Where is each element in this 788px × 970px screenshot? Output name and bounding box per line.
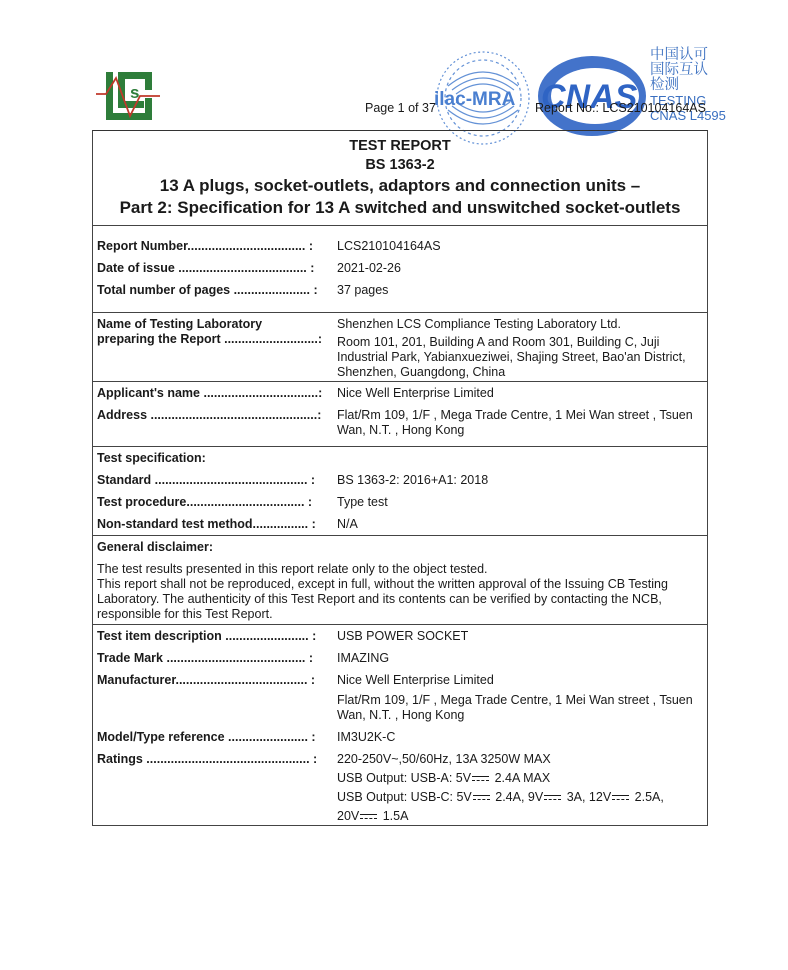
field-value: IM3U2K-C: [335, 730, 707, 745]
rating-text: 2.5A,: [631, 790, 664, 804]
applicant-name-row: Applicant's name .......................…: [93, 386, 707, 401]
report-title: TEST REPORT BS 1363-2 13 A plugs, socket…: [93, 138, 707, 225]
item-row: Ratings ................................…: [93, 752, 707, 826]
lab-value: Shenzhen LCS Compliance Testing Laborato…: [335, 317, 707, 380]
item-row: Trade Mark .............................…: [93, 651, 707, 666]
summary-row: Report Number...........................…: [93, 239, 707, 254]
lcs-logo: s: [96, 70, 160, 122]
applicant-section: Applicant's name .......................…: [93, 382, 707, 446]
field-value: BS 1363-2: 2016+A1: 2018: [335, 473, 707, 488]
item-row: Model/Type reference ...................…: [93, 730, 707, 745]
rating-text: USB Output: USB-A: 5V: [337, 771, 471, 785]
rating-text: 20V: [337, 809, 359, 823]
manufacturer-name: Nice Well Enterprise Limited: [337, 673, 701, 688]
field-label: Non-standard test method................…: [93, 517, 335, 532]
rating-text: 2.4A, 9V: [492, 790, 543, 804]
field-label: Applicant's name .......................…: [93, 386, 335, 401]
field-value: IMAZING: [335, 651, 707, 666]
disclaimer-text: This report shall not be reproduced, exc…: [93, 577, 707, 622]
summary-section: Report Number...........................…: [93, 226, 707, 312]
field-value: USB POWER SOCKET: [335, 629, 707, 644]
dc-symbol-icon: [544, 795, 561, 801]
dc-symbol-icon: [612, 795, 629, 801]
ratings-value: 220-250V~,50/60Hz, 13A 3250W MAX USB Out…: [335, 750, 707, 826]
title-line: 13 A plugs, socket-outlets, adaptors and…: [93, 176, 707, 196]
field-value: 2021-02-26: [335, 261, 707, 276]
dc-symbol-icon: [472, 776, 489, 782]
field-value: 37 pages: [335, 283, 707, 298]
ratings-usb-c: USB Output: USB-C: 5V 2.4A, 9V 3A, 12V 2…: [337, 788, 701, 826]
field-label: Standard ...............................…: [93, 473, 335, 488]
cnas-cn-line: 国际互认: [650, 63, 726, 78]
test-spec-row: Non-standard test method................…: [93, 517, 707, 532]
lab-row: Name of Testing Laboratory preparing the…: [93, 317, 707, 380]
lab-name: Shenzhen LCS Compliance Testing Laborato…: [337, 317, 701, 332]
field-label: Manufacturer............................…: [93, 673, 335, 723]
item-row: Manufacturer............................…: [93, 673, 707, 723]
rating-text: 2.4A MAX: [491, 771, 550, 785]
ratings-usb-a: USB Output: USB-A: 5V 2.4A MAX: [337, 769, 701, 788]
rating-text: 3A, 12V: [563, 790, 611, 804]
field-label: Address ................................…: [93, 408, 335, 438]
field-label: Ratings ................................…: [93, 752, 335, 826]
field-value: Nice Well Enterprise Limited: [335, 386, 707, 401]
test-spec-section: Test specification: Standard ...........…: [93, 447, 707, 535]
field-label: Test procedure..........................…: [93, 495, 335, 510]
section-heading: Test specification:: [93, 451, 335, 466]
rating-text: USB Output: USB-C: 5V: [337, 790, 472, 804]
ratings-ac: 220-250V~,50/60Hz, 13A 3250W MAX: [337, 750, 701, 769]
item-section: Test item description ..................…: [93, 625, 707, 826]
lab-label: Name of Testing Laboratory preparing the…: [93, 317, 335, 380]
report-number-header: Report No.: LCS210104164AS: [535, 101, 706, 115]
report-frame: TEST REPORT BS 1363-2 13 A plugs, socket…: [92, 130, 708, 826]
field-label: Test item description ..................…: [93, 629, 335, 644]
test-spec-row: Test procedure..........................…: [93, 495, 707, 510]
field-value: Type test: [335, 495, 707, 510]
test-spec-row: Standard ...............................…: [93, 473, 707, 488]
dc-symbol-icon: [473, 795, 490, 801]
applicant-address-row: Address ................................…: [93, 408, 707, 438]
field-value: N/A: [335, 517, 707, 532]
summary-row: Total number of pages ..................…: [93, 283, 707, 298]
cnas-cn-line: 中国认可: [650, 48, 726, 63]
dc-symbol-icon: [360, 814, 377, 820]
lab-label-line: preparing the Report ...................…: [97, 332, 335, 347]
field-label: Model/Type reference ...................…: [93, 730, 335, 745]
summary-row: Date of issue ..........................…: [93, 261, 707, 276]
lab-address: Room 101, 201, Building A and Room 301, …: [337, 335, 701, 380]
test-spec-heading-row: Test specification:: [93, 451, 707, 466]
field-value: Nice Well Enterprise Limited Flat/Rm 109…: [335, 673, 707, 723]
lab-section: Name of Testing Laboratory preparing the…: [93, 313, 707, 381]
lab-label-line: Name of Testing Laboratory: [97, 317, 335, 332]
field-label: Total number of pages ..................…: [93, 283, 335, 298]
cnas-stamp: CNAS: [535, 52, 650, 140]
field-label: Date of issue ..........................…: [93, 261, 335, 276]
disclaimer-section: General disclaimer: The test results pre…: [93, 536, 707, 624]
section-heading: General disclaimer:: [93, 540, 707, 555]
svg-text:ilac-MRA: ilac-MRA: [434, 89, 516, 110]
page-number: Page 1 of 37: [365, 101, 436, 115]
manufacturer-address: Flat/Rm 109, 1/F , Mega Trade Centre, 1 …: [337, 693, 701, 723]
standard-title: BS 1363-2: [93, 157, 707, 173]
disclaimer-text: The test results presented in this repor…: [93, 562, 707, 577]
item-row: Test item description ..................…: [93, 629, 707, 644]
field-label: Trade Mark .............................…: [93, 651, 335, 666]
rating-text: 1.5A: [379, 809, 408, 823]
cnas-cn-line: 检测: [650, 78, 726, 93]
field-value: Flat/Rm 109, 1/F , Mega Trade Centre, 1 …: [335, 408, 707, 438]
field-label: Report Number...........................…: [93, 239, 335, 254]
title-line: Part 2: Specification for 13 A switched …: [93, 198, 707, 218]
title-line: TEST REPORT: [93, 138, 707, 154]
field-value: LCS210104164AS: [335, 239, 707, 254]
